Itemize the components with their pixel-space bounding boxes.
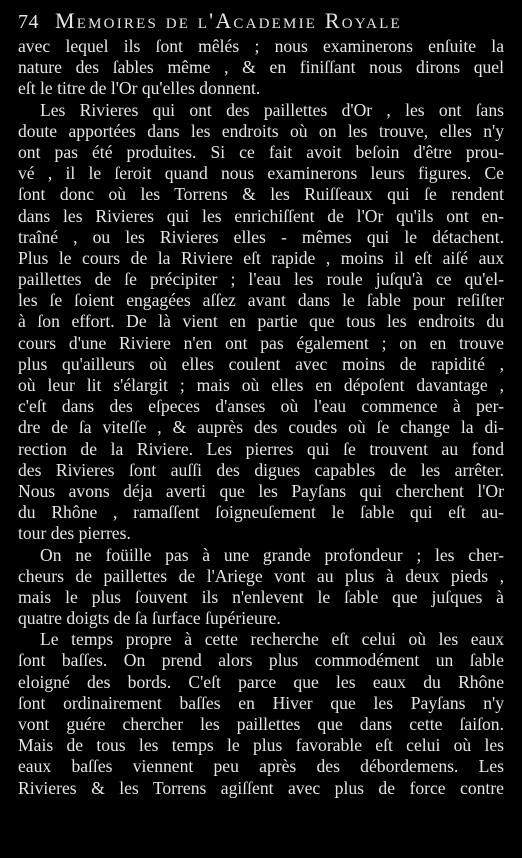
text-line: avec lequel ils ſont mêlés ; nous examin… <box>18 36 504 57</box>
text-line: Les Rivieres qui ont des paillettes d'Or… <box>18 100 504 121</box>
text-line: ont pas été produites. Si ce fait avoit … <box>18 142 504 163</box>
text-line: eloigné des bords. C'eſt parce que les e… <box>18 672 504 693</box>
text-line: des Rivieres ſont auſſi des digues capab… <box>18 460 504 481</box>
text-line: eſt le titre de l'Or qu'elles donnent. <box>18 78 504 99</box>
text-line: dans les Rivieres qui les enrichiſſent d… <box>18 206 504 227</box>
text-line: Le temps propre à cette recherche eſt ce… <box>18 629 504 650</box>
text-line: paillettes de ſe précipiter ; l'eau les … <box>18 269 504 290</box>
text-line: cours d'une Riviere n'en ont pas égaleme… <box>18 333 504 354</box>
text-line: à ſon effort. De là vient en partie que … <box>18 311 504 332</box>
text-line: dre de ſa viteſſe , & auprès des coudes … <box>18 417 504 438</box>
text-line: où leur lit s'élargit ; mais où elles en… <box>18 375 504 396</box>
text-line: ſont ordinairement baſſes en Hiver que l… <box>18 693 504 714</box>
body-text: avec lequel ils ſont mêlés ; nous examin… <box>18 36 504 799</box>
text-line: vé , il le ſeroit quand nous examinerons… <box>18 163 504 184</box>
text-line: les ſe ſoient engagées aſſez avant dans … <box>18 290 504 311</box>
text-line: Rivieres & les Torrens agiſſent avec plu… <box>18 778 504 799</box>
text-line: Nous avons déja averti que les Payſans q… <box>18 481 504 502</box>
book-page: 74 Memoires de l'Academie Royale avec le… <box>0 0 522 858</box>
text-line: vont guére chercher les paillettes que d… <box>18 714 504 735</box>
text-line: nature des ſables même , & en finiſſant … <box>18 57 504 78</box>
text-line: quatre doigts de ſa ſurface ſupérieure. <box>18 608 504 629</box>
page-number: 74 <box>18 11 39 33</box>
running-header: 74 Memoires de l'Academie Royale <box>18 6 508 36</box>
text-line: eaux baſſes viennent peu après des débor… <box>18 756 504 777</box>
text-line: doute apportées dans les endroits où on … <box>18 121 504 142</box>
text-line: Mais de tous les temps le plus favorable… <box>18 735 504 756</box>
text-line: rection de la Riviere. Les pierres qui ſ… <box>18 439 504 460</box>
text-line: mais le plus ſouvent ils n'enlevent le ſ… <box>18 587 504 608</box>
text-line: tour des pierres. <box>18 523 504 544</box>
text-line: plus qu'ailleurs où elles coulent avec m… <box>18 354 504 375</box>
text-line: Plus le cours de la Riviere eſt rapide ,… <box>18 248 504 269</box>
text-line: ſont donc où les Torrens & les Ruiſſeaux… <box>18 184 504 205</box>
text-line: traîné , ou les Rivieres elles - mêmes q… <box>18 227 504 248</box>
text-line: ſont baſſes. On prend alors plus commodé… <box>18 650 504 671</box>
text-line: On ne foüille pas à une grande profondeu… <box>18 545 504 566</box>
running-title: Memoires de l'Academie Royale <box>55 8 402 33</box>
text-line: cheurs de paillettes de l'Ariege vont au… <box>18 566 504 587</box>
text-line: c'eſt dans des eſpeces d'anses où l'eau … <box>18 396 504 417</box>
text-line: du Rhône , ramaſſent ſoigneuſement le ſa… <box>18 502 504 523</box>
